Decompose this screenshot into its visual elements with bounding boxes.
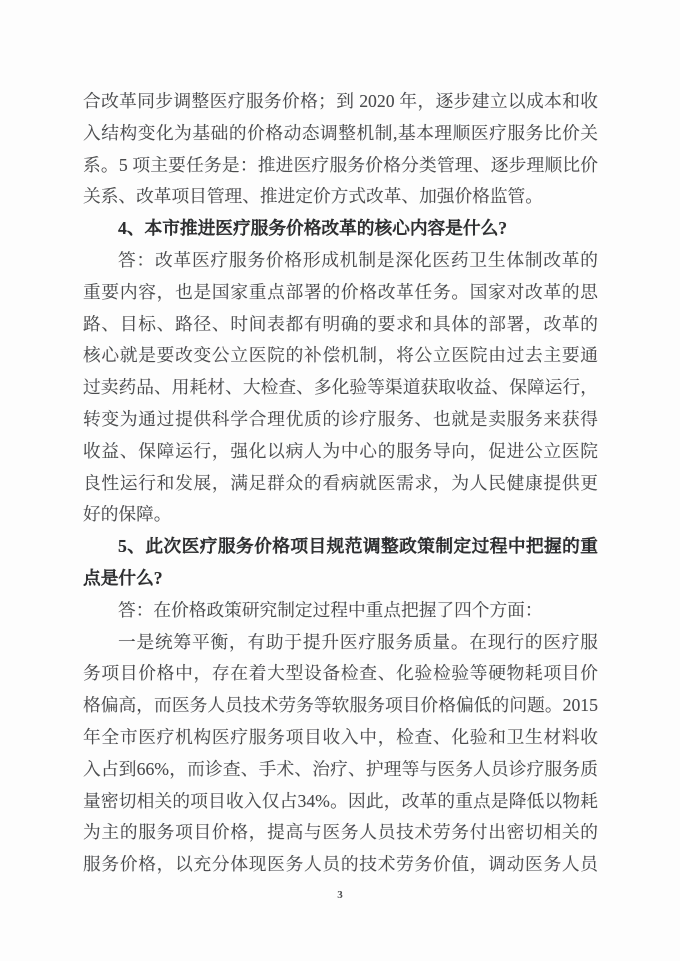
body-text-line: 服务价格，以充分体现医务人员的技术劳务价值，调动医务人员	[83, 849, 598, 881]
body-text-line: 良性运行和发展，满足群众的看病就医需求，为人民健康提供更	[83, 468, 598, 500]
body-text-line: 路、目标、路径、时间表都有明确的要求和具体的部署，改革的	[83, 309, 598, 341]
question-heading-line: 4、本市推进医疗服务价格改革的核心内容是什么?	[83, 213, 598, 245]
body-text-line: 核心就是要改变公立医院的补偿机制，将公立医院由过去主要通	[83, 340, 598, 372]
body-text-line: 务项目价格中，存在着大型设备检查、化验检验等硬物耗项目价	[83, 658, 598, 690]
body-text-line: 关系、改革项目管理、推进定价方式改革、加强价格监管。	[83, 181, 598, 213]
body-text-line: 答：改革医疗服务价格形成机制是深化医药卫生体制改革的	[83, 245, 598, 277]
body-text-line: 重要内容，也是国家重点部署的价格改革任务。国家对改革的思	[83, 277, 598, 309]
body-text-line: 量密切相关的项目收入仅占34%。因此，改革的重点是降低以物耗	[83, 786, 598, 818]
body-text-line: 系。5 项主要任务是：推进医疗服务价格分类管理、逐步理顺比价	[83, 150, 598, 182]
body-text-line: 合改革同步调整医疗服务价格；到 2020 年，逐步建立以成本和收	[83, 86, 598, 118]
body-text-line: 为主的服务项目价格，提高与医务人员技术劳务付出密切相关的	[83, 817, 598, 849]
body-text-line: 一是统筹平衡，有助于提升医疗服务质量。在现行的医疗服	[83, 627, 598, 659]
body-text-line: 格偏高，而医务人员技术劳务等软服务项目价格偏低的问题。2015	[83, 690, 598, 722]
body-text-line: 年全市医疗机构医疗服务项目收入中，检查、化验和卫生材料收	[83, 722, 598, 754]
page-number: 3	[0, 889, 680, 901]
document-text-column: 合改革同步调整医疗服务价格；到 2020 年，逐步建立以成本和收入结构变化为基础…	[83, 86, 598, 881]
body-text-line: 收益、保障运行，强化以病人为中心的服务导向，促进公立医院	[83, 436, 598, 468]
question-heading-line: 点是什么?	[83, 563, 598, 595]
body-text-line: 答：在价格政策研究制定过程中重点把握了四个方面：	[83, 595, 598, 627]
question-heading-line: 5、此次医疗服务价格项目规范调整政策制定过程中把握的重	[83, 531, 598, 563]
body-text-line: 入占到66%，而诊查、手术、治疗、护理等与医务人员诊疗服务质	[83, 754, 598, 786]
body-text-line: 好的保障。	[83, 499, 598, 531]
body-text-line: 过卖药品、用耗材、大检查、多化验等渠道获取收益、保障运行，	[83, 372, 598, 404]
body-text-line: 入结构变化为基础的价格动态调整机制,基本理顺医疗服务比价关	[83, 118, 598, 150]
document-page: 合改革同步调整医疗服务价格；到 2020 年，逐步建立以成本和收入结构变化为基础…	[0, 0, 680, 961]
body-text-line: 转变为通过提供科学合理优质的诊疗服务、也就是卖服务来获得	[83, 404, 598, 436]
